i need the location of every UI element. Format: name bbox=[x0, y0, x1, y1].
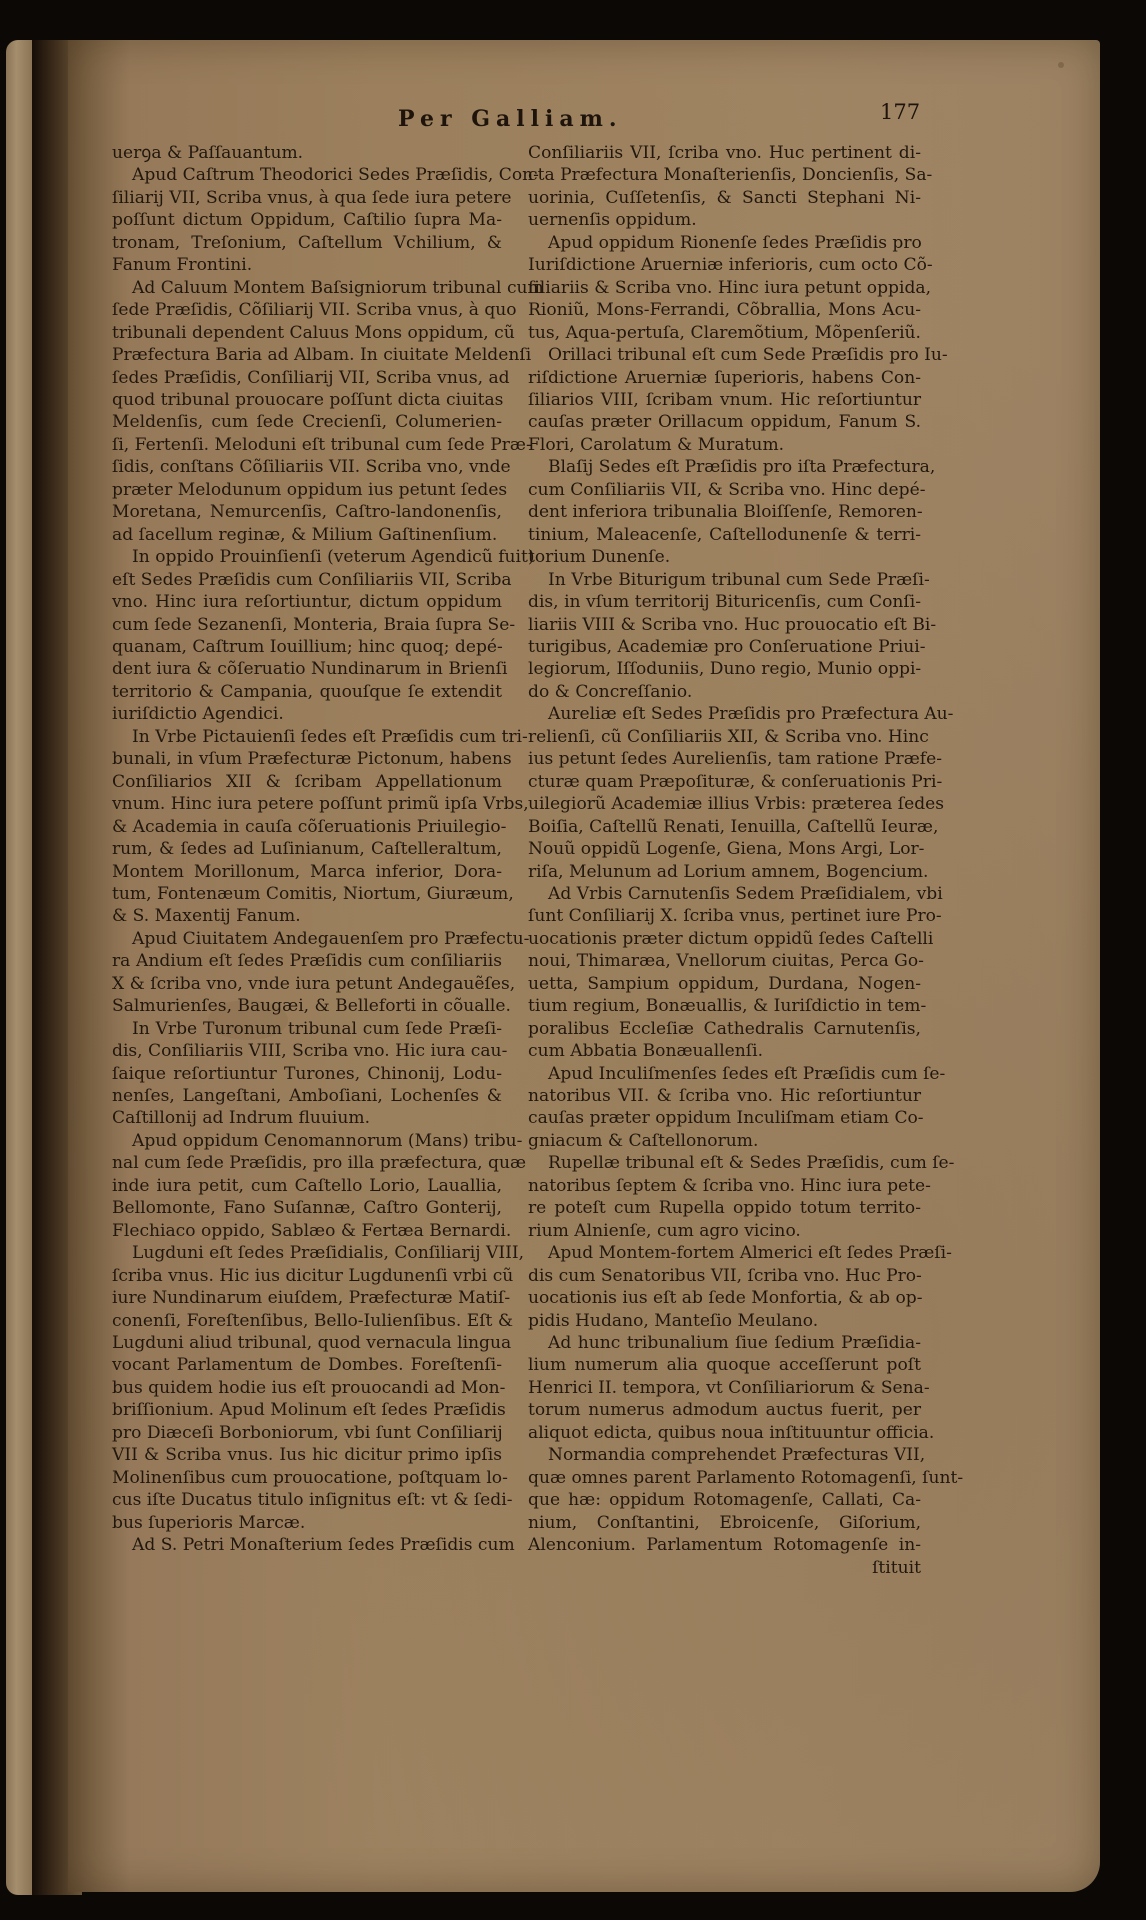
text-line: Iuriſdictione Aruerniæ inferioris, cum o… bbox=[528, 254, 921, 276]
text-line: uocationis ius eſt ab ſede Monfortia, & … bbox=[528, 1287, 921, 1309]
text-line: aliquot edicta, quibus noua inſtituuntur… bbox=[528, 1422, 921, 1444]
running-head: Per Galliam. bbox=[398, 106, 623, 132]
text-line: tium regium, Bonæuallis, & Iuriſdictio i… bbox=[528, 995, 921, 1017]
right-text-column: Conſiliariis VII, ſcriba vno. Huc pertin… bbox=[528, 142, 921, 1579]
text-line: ad ſacellum reginæ, & Milium Gaſtinenſiu… bbox=[112, 524, 502, 546]
text-line: & S. Maxentij Fanum. bbox=[112, 905, 502, 927]
text-line: X & ſcriba vno, vnde iura petunt Andegau… bbox=[112, 973, 502, 995]
text-line: uocationis præter dictum oppidũ ſedes Ca… bbox=[528, 928, 921, 950]
text-line: ſede Præſidis, Cõſiliarij VII. Scriba vn… bbox=[112, 299, 502, 321]
text-line: bunali, in vſum Præfecturæ Pictonum, hab… bbox=[112, 748, 502, 770]
text-line: Salmurienſes, Baugæi, & Belleforti in cõ… bbox=[112, 995, 502, 1017]
text-line: gniacum & Caſtellonorum. bbox=[528, 1130, 921, 1152]
text-line: ius petunt ſedes Aurelienſis, tam ration… bbox=[528, 748, 921, 770]
text-line: præter Melodunum oppidum ius petunt ſede… bbox=[112, 479, 502, 501]
text-line: turigibus, Academiæ pro Conſeruatione Pr… bbox=[528, 636, 921, 658]
text-line: Apud Inculiſmenſes ſedes eſt Præſidis cu… bbox=[528, 1063, 921, 1085]
text-line: ſiliariis & Scriba vno. Hinc iura petunt… bbox=[528, 277, 921, 299]
left-text-column: uerꝯa & Paſſauantum.Apud Caſtrum Theodor… bbox=[112, 142, 502, 1557]
text-line: liariis VIII & Scriba vno. Huc prouocati… bbox=[528, 614, 921, 636]
text-line: Ad hunc tribunalium ſiue ſedium Præſidia… bbox=[528, 1332, 921, 1354]
text-line: nal cum ſede Præſidis, pro illa præfectu… bbox=[112, 1152, 502, 1174]
text-line: In Vrbe Pictauienſi ſedes eſt Præſidis c… bbox=[112, 726, 502, 748]
text-line: tus, Aqua-pertuſa, Claremõtium, Mõpenſer… bbox=[528, 322, 921, 344]
text-line: pro Diæceſi Borboniorum, vbi ſunt Conſil… bbox=[112, 1422, 502, 1444]
text-line: ſedes Præſidis, Conſiliarij VII, Scriba … bbox=[112, 367, 502, 389]
text-line: cum ſede Sezanenſi, Monteria, Braia ſupr… bbox=[112, 614, 502, 636]
text-line: tribunali dependent Caluus Mons oppidum,… bbox=[112, 322, 502, 344]
text-line: vno. Hinc iura reſortiuntur, dictum oppi… bbox=[112, 591, 502, 613]
text-line: nium, Conſtantini, Ebroicenſe, Giſorium, bbox=[528, 1512, 921, 1534]
text-line: tronam, Treſonium, Caſtellum Vchilium, & bbox=[112, 232, 502, 254]
text-line: Lugduni eſt ſedes Præſidialis, Conſiliar… bbox=[112, 1242, 502, 1264]
text-line: Henrici II. tempora, vt Conſiliariorum &… bbox=[528, 1377, 921, 1399]
text-line: Apud Ciuitatem Andegauenſem pro Præfectu… bbox=[112, 928, 502, 950]
text-line: Caſtillonij ad Indrum fluuium. bbox=[112, 1107, 502, 1129]
text-line: ſunt Conſiliarij X. ſcriba vnus, pertine… bbox=[528, 905, 921, 927]
text-line: relienſi, cũ Conſiliariis XII, & Scriba … bbox=[528, 726, 921, 748]
text-line: Normandia comprehendet Præfecturas VII, bbox=[528, 1444, 921, 1466]
text-line: conenſi, Foreſtenſibus, Bello-Iulienſibu… bbox=[112, 1310, 502, 1332]
text-line: cauſas præter oppidum Inculiſmam etiam C… bbox=[528, 1107, 921, 1129]
text-line: Præfectura Baria ad Albam. In ciuitate M… bbox=[112, 344, 502, 366]
text-line: tinium, Maleacenſe, Caſtellodunenſe & te… bbox=[528, 524, 921, 546]
text-line: nenſes, Langeſtani, Amboſiani, Lochenſes… bbox=[112, 1085, 502, 1107]
text-line: rum, & ſedes ad Luſinianum, Caſtelleralt… bbox=[112, 838, 502, 860]
text-line: cturæ quam Præpoſituræ, & conſeruationis… bbox=[528, 771, 921, 793]
text-line: vnum. Hinc iura petere poſſunt primũ ipſ… bbox=[112, 793, 502, 815]
text-line: quod tribunal prouocare poſſunt dicta ci… bbox=[112, 389, 502, 411]
text-line: uetta, Sampium oppidum, Durdana, Nogen- bbox=[528, 973, 921, 995]
text-line: Fanum Frontini. bbox=[112, 254, 502, 276]
text-line: Montem Morillonum, Marca inferior, Dora- bbox=[112, 861, 502, 883]
text-line: Lugduni aliud tribunal, quod vernacula l… bbox=[112, 1332, 502, 1354]
text-line: quanam, Caſtrum Iouillium; hinc quoq; de… bbox=[112, 636, 502, 658]
text-line: Ad S. Petri Monaſterium ſedes Præſidis c… bbox=[112, 1534, 502, 1556]
text-line: iuriſdictio Agendici. bbox=[112, 703, 502, 725]
text-line: In oppido Prouinſienſi (veterum Agendicũ… bbox=[112, 546, 502, 568]
text-line: que hæ: oppidum Rotomagenſe, Callati, Ca… bbox=[528, 1489, 921, 1511]
text-line: torum numerus admodum auctus fuerit, per bbox=[528, 1399, 921, 1421]
text-line: ſaique reſortiuntur Turones, Chinonij, L… bbox=[112, 1063, 502, 1085]
text-line: In Vrbe Biturigum tribunal cum Sede Præſ… bbox=[528, 569, 921, 591]
text-line: uilegiorũ Academiæ illius Vrbis: prætere… bbox=[528, 793, 921, 815]
text-line: legiorum, Iſſoduniis, Duno regio, Munio … bbox=[528, 658, 921, 680]
text-line: briſſionium. Apud Molinum eſt ſedes Præſ… bbox=[112, 1399, 502, 1421]
text-line: riſa, Melunum ad Lorium amnem, Bogencium… bbox=[528, 861, 921, 883]
text-line: Conſiliarios XII & ſcribam Appellationum bbox=[112, 771, 502, 793]
text-line: dis, in vſum territorij Bituricenſis, cu… bbox=[528, 591, 921, 613]
text-line: natoribus VII. & ſcriba vno. Hic reſorti… bbox=[528, 1085, 921, 1107]
text-line: do & Concreſſanio. bbox=[528, 681, 921, 703]
text-line: eſt Sedes Præſidis cum Conſiliariis VII,… bbox=[112, 569, 502, 591]
text-line: poralibus Eccleſiæ Cathedralis Carnutenſ… bbox=[528, 1018, 921, 1040]
text-line: quæ omnes parent Parlamento Rotomagenſi,… bbox=[528, 1467, 921, 1489]
text-line: VII & Scriba vnus. Ius hic dicitur primo… bbox=[112, 1444, 502, 1466]
text-line: tum, Fontenæum Comitis, Niortum, Giuræum… bbox=[112, 883, 502, 905]
text-line: cauſas præter Orillacum oppidum, Fanum S… bbox=[528, 411, 921, 433]
text-line: re poteſt cum Rupella oppido totum terri… bbox=[528, 1197, 921, 1219]
text-line: bus quidem hodie ius eſt prouocandi ad M… bbox=[112, 1377, 502, 1399]
text-line: Ad Caluum Montem Baſsigniorum tribunal c… bbox=[112, 277, 502, 299]
text-line: ſiliarios VIII, ſcribam vnum. Hic reſort… bbox=[528, 389, 921, 411]
text-line: ſi, Fertenſi. Meloduni eſt tribunal cum … bbox=[112, 434, 502, 456]
text-line: natoribus ſeptem & ſcriba vno. Hinc iura… bbox=[528, 1175, 921, 1197]
text-line: cus iſte Ducatus titulo inſignitus eſt: … bbox=[112, 1489, 502, 1511]
text-line: Meldenſis, cum ſede Crecienſi, Columerie… bbox=[112, 411, 502, 433]
text-line: Blaſij Sedes eſt Præſidis pro iſta Præfe… bbox=[528, 456, 921, 478]
text-line: Apud oppidum Rionenſe ſedes Præſidis pro bbox=[528, 232, 921, 254]
text-line: Alenconium. Parlamentum Rotomagenſe in- bbox=[528, 1534, 921, 1556]
text-line: In Vrbe Turonum tribunal cum ſede Præſi- bbox=[112, 1018, 502, 1040]
text-line: Rupellæ tribunal eſt & Sedes Præſidis, c… bbox=[528, 1152, 921, 1174]
text-line: Moretana, Nemurcenſis, Caſtro-landonenſi… bbox=[112, 501, 502, 523]
text-line: cum Abbatia Bonæuallenſi. bbox=[528, 1040, 921, 1062]
text-line: dis, Conſiliariis VIII, Scriba vno. Hic … bbox=[112, 1040, 502, 1062]
text-line: uerꝯa & Paſſauantum. bbox=[112, 142, 502, 164]
text-line: Apud oppidum Cenomannorum (Mans) tribu- bbox=[112, 1130, 502, 1152]
text-line: Flechiaco oppido, Sablæo & Fertæa Bernar… bbox=[112, 1220, 502, 1242]
text-line: poſſunt dictum Oppidum, Caſtilio ſupra M… bbox=[112, 209, 502, 231]
text-line: dent iura & cõſeruatio Nundinarum in Bri… bbox=[112, 658, 502, 680]
text-line: dent inferiora tribunalia Bloiſſenſe, Re… bbox=[528, 501, 921, 523]
page-number: 177 bbox=[880, 100, 920, 124]
previous-page-edge bbox=[6, 40, 32, 1895]
text-line: inde iura petit, cum Caſtello Lorio, Lau… bbox=[112, 1175, 502, 1197]
text-line: cum Conſiliariis VII, & Scriba vno. Hinc… bbox=[528, 479, 921, 501]
text-line: uernenſis oppidum. bbox=[528, 209, 921, 231]
page-stain bbox=[1058, 62, 1064, 68]
text-line: territorio & Campania, quouſque ſe exten… bbox=[112, 681, 502, 703]
text-line: Orillaci tribunal eſt cum Sede Præſidis … bbox=[528, 344, 921, 366]
text-line: cta Præfectura Monaſterienſis, Doncienſi… bbox=[528, 164, 921, 186]
text-line: Conſiliariis VII, ſcriba vno. Huc pertin… bbox=[528, 142, 921, 164]
text-line: ſtituit bbox=[528, 1557, 921, 1579]
text-line: ra Andium eſt ſedes Præſidis cum conſili… bbox=[112, 950, 502, 972]
text-line: Molinenſibus cum prouocatione, poſtquam … bbox=[112, 1467, 502, 1489]
text-line: dis cum Senatoribus VII, ſcriba vno. Huc… bbox=[528, 1265, 921, 1287]
text-line: Rioniũ, Mons-Ferrandi, Cõbrallia, Mons A… bbox=[528, 299, 921, 321]
text-line: torium Dunenſe. bbox=[528, 546, 921, 568]
text-line: lium numerum alia quoque acceſſerunt poſ… bbox=[528, 1354, 921, 1376]
text-line: pidis Hudano, Manteſio Meulano. bbox=[528, 1310, 921, 1332]
text-line: iure Nundinarum eiuſdem, Præfecturæ Mati… bbox=[112, 1287, 502, 1309]
text-line: bus ſuperioris Marcæ. bbox=[112, 1512, 502, 1534]
text-line: Bellomonte, Fano Suſannæ, Caſtro Gonteri… bbox=[112, 1197, 502, 1219]
text-line: ſcriba vnus. Hic ius dicitur Lugdunenſi … bbox=[112, 1265, 502, 1287]
text-line: Apud Montem-fortem Almerici eſt ſedes Pr… bbox=[528, 1242, 921, 1264]
text-line: Nouũ oppidũ Logenſe, Giena, Mons Argi, L… bbox=[528, 838, 921, 860]
text-line: Aureliæ eſt Sedes Præſidis pro Præfectur… bbox=[528, 703, 921, 725]
text-line: Flori, Carolatum & Muratum. bbox=[528, 434, 921, 456]
text-line: ſidis, conſtans Cõſiliariis VII. Scriba … bbox=[112, 456, 502, 478]
text-line: uorinia, Cuſſetenſis, & Sancti Stephani … bbox=[528, 187, 921, 209]
text-line: noui, Thimaræa, Vnellorum ciuitas, Perca… bbox=[528, 950, 921, 972]
text-line: ſiliarij VII, Scriba vnus, à qua ſede iu… bbox=[112, 187, 502, 209]
text-line: vocant Parlamentum de Dombes. Foreſtenſi… bbox=[112, 1354, 502, 1376]
text-line: Ad Vrbis Carnutenſis Sedem Præſidialem, … bbox=[528, 883, 921, 905]
text-line: & Academia in cauſa cõſeruationis Priuil… bbox=[112, 816, 502, 838]
text-line: Apud Caſtrum Theodorici Sedes Præſidis, … bbox=[112, 164, 502, 186]
text-line: rium Alnienſe, cum agro vicino. bbox=[528, 1220, 921, 1242]
text-line: Boiſia, Caſtellũ Renati, Ienuilla, Caſte… bbox=[528, 816, 921, 838]
text-line: riſdictione Aruerniæ ſuperioris, habens … bbox=[528, 367, 921, 389]
